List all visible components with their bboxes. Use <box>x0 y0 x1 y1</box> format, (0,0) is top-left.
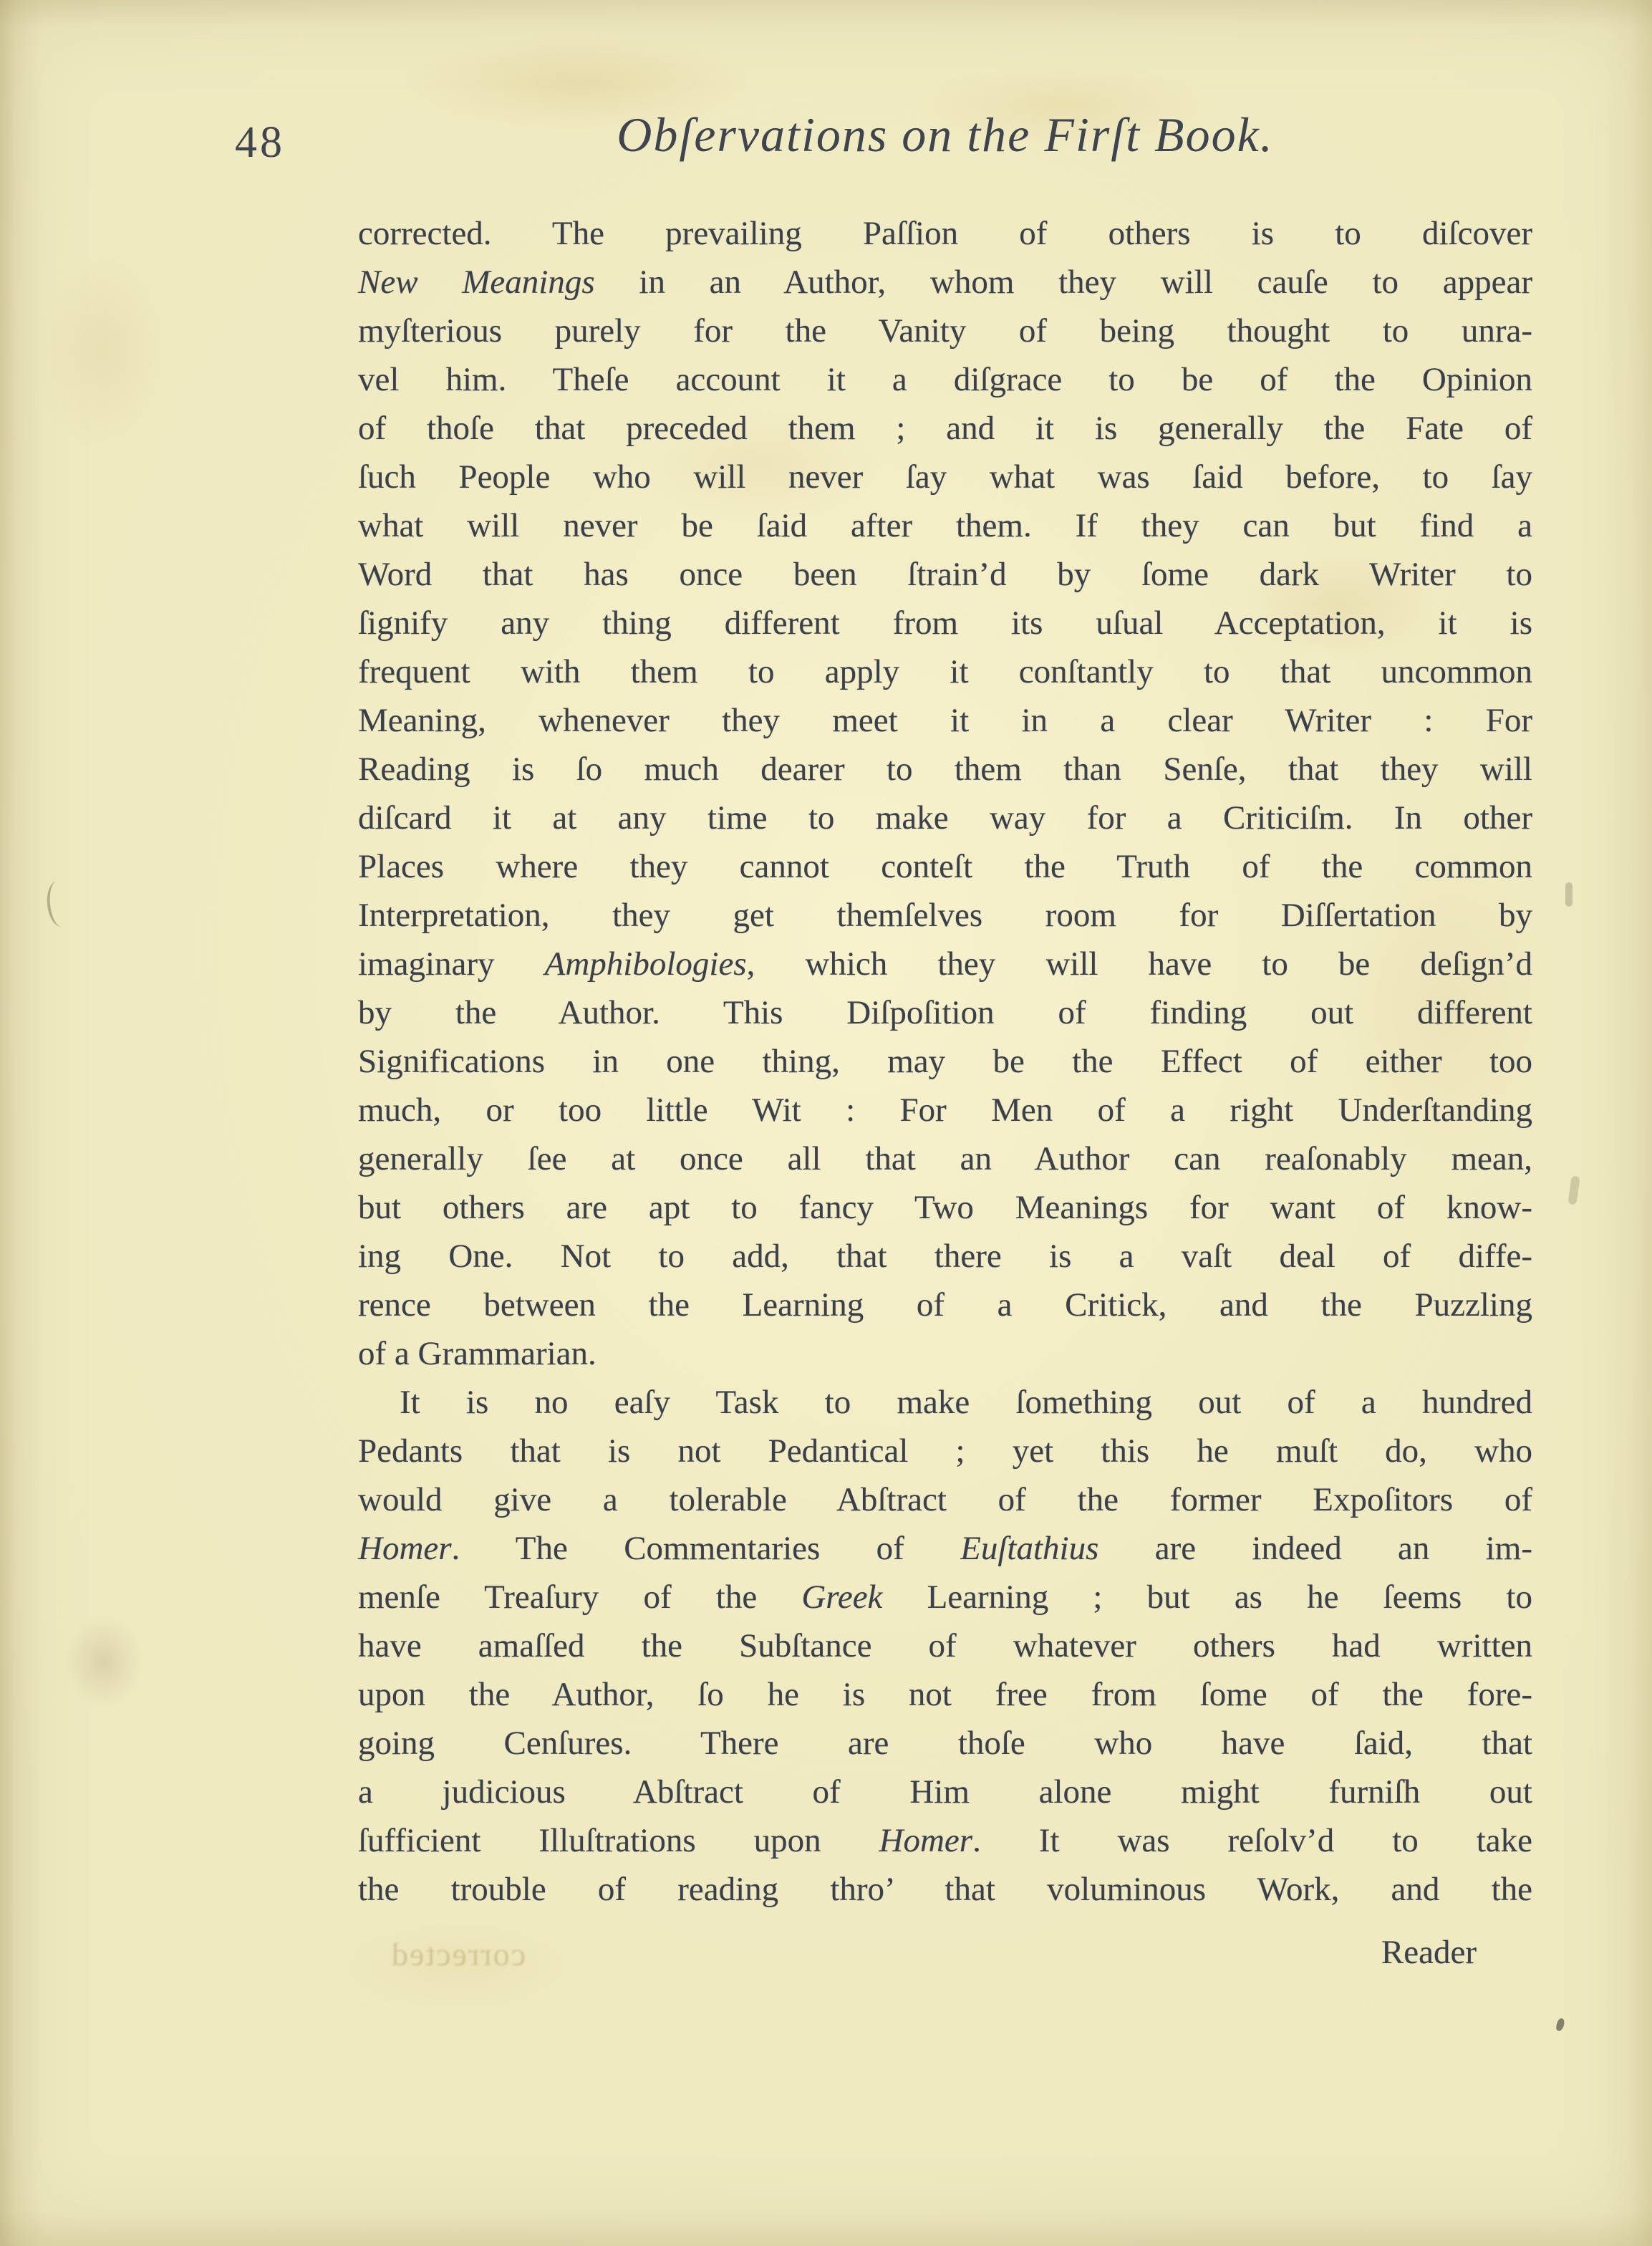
text-line: vel him. Theſe account it a diſgrace to … <box>358 355 1532 404</box>
text-line: what will never be ſaid after them. If t… <box>358 501 1532 550</box>
book-page-scan: 48 Obſervations on the Firſt Book. corre… <box>0 0 1652 2246</box>
text-line: Significations in one thing, may be the … <box>358 1037 1532 1086</box>
text-line: Homer. The Commentaries of Euſtathius ar… <box>358 1524 1532 1573</box>
ink-speck <box>45 879 74 927</box>
text-line: ing One. Not to add, that there is a vaſ… <box>358 1232 1532 1281</box>
text-line: Places where they cannot conteſt the Tru… <box>358 842 1532 891</box>
catchword: Reader <box>358 1928 1532 1977</box>
text-line: menſe Treaſury of the Greek Learning ; b… <box>358 1573 1532 1621</box>
text-line: but others are apt to fancy Two Meanings… <box>358 1183 1532 1232</box>
text-line: diſcard it at any time to make way for a… <box>358 794 1532 842</box>
text-line: Pedants that is not Pedantical ; yet thi… <box>358 1427 1532 1475</box>
text-line: much, or too little Wit : For Men of a r… <box>358 1086 1532 1134</box>
text-line: a judicious Abſtract of Him alone might … <box>358 1768 1532 1816</box>
text-line: It is no eaſy Task to make ſomething out… <box>358 1378 1532 1427</box>
text-line: generally ſee at once all that an Author… <box>358 1134 1532 1183</box>
verso-showthrough-text: corrected <box>390 1935 526 1973</box>
text-line: of thoſe that preceded them ; and it is … <box>358 404 1532 453</box>
text-line: ſufficient Illuſtrations upon Homer. It … <box>358 1816 1532 1865</box>
text-line: ſignify any thing different from its uſu… <box>358 599 1532 647</box>
paper-stain <box>64 1615 143 1708</box>
text-line: Meaning, whenever they meet it in a clea… <box>358 696 1532 745</box>
ink-speck <box>1555 2018 1565 2032</box>
text-line: corrected. The prevailing Paſſion of oth… <box>358 209 1532 258</box>
text-line: Interpretation, they get themſelves room… <box>358 891 1532 940</box>
text-line: by the Author. This Diſpoſition of findi… <box>358 988 1532 1037</box>
ink-speck <box>1565 882 1573 907</box>
text-line: frequent with them to apply it conſtantl… <box>358 647 1532 696</box>
text-line: New Meanings in an Author, whom they wil… <box>358 258 1532 307</box>
text-line: Word that has once been ſtrain’d by ſome… <box>358 550 1532 599</box>
text-line: rence between the Learning of a Critick,… <box>358 1281 1532 1329</box>
ink-speck <box>1568 1175 1580 1205</box>
text-line: imaginary Amphibologies, which they will… <box>358 940 1532 988</box>
text-line: Reading is ſo much dearer to them than S… <box>358 745 1532 794</box>
text-line: have amaſſed the Subſtance of whatever o… <box>358 1621 1532 1670</box>
text-line: of a Grammarian. <box>358 1329 1532 1378</box>
running-title: Obſervations on the Firſt Book. <box>358 106 1532 163</box>
text-line: ſuch People who will never ſay what was … <box>358 453 1532 501</box>
text-line: going Cenſures. There are thoſe who have… <box>358 1719 1532 1768</box>
text-line: upon the Author, ſo he is not free from … <box>358 1670 1532 1719</box>
text-line: would give a tolerable Abſtract of the f… <box>358 1475 1532 1524</box>
page-number: 48 <box>235 120 285 165</box>
body-text: corrected. The prevailing Paſſion of oth… <box>358 209 1532 1914</box>
text-line: myſterious purely for the Vanity of bein… <box>358 307 1532 355</box>
text-line: the trouble of reading thro’ that volumi… <box>358 1865 1532 1914</box>
paper-stain <box>39 251 168 451</box>
